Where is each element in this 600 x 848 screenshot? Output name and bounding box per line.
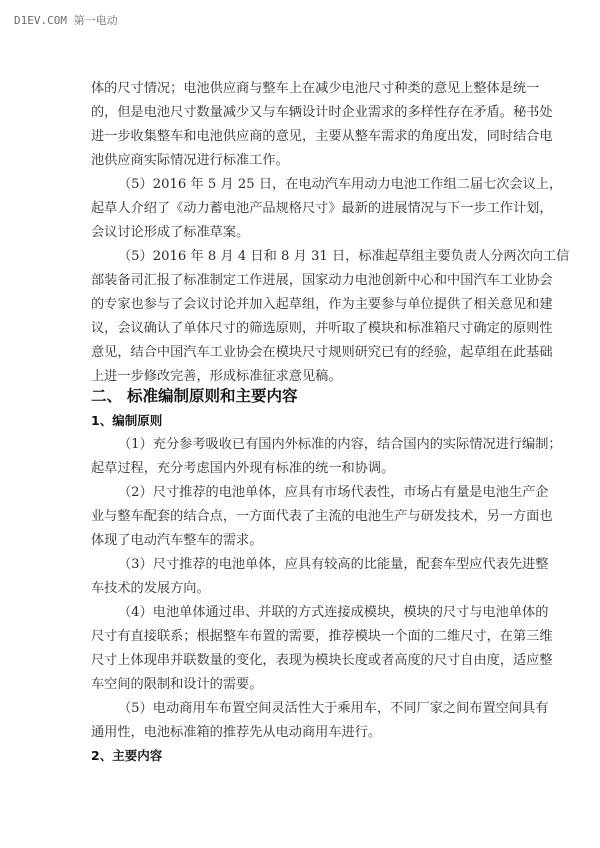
text-line: （5）2016 年 5 月 25 日，在电动汽车用动力电池工作组二届七次会议上， bbox=[91, 175, 511, 195]
text-line: （3）尺寸推荐的电池单体，应具有较高的比能量，配套车型应代表先进整 bbox=[91, 555, 511, 575]
text-line: （5）2016 年 8 月 4 日和 8 月 31 日，标准起草组主要负责人分两… bbox=[91, 247, 511, 267]
text-line: 部装备司汇报了标准制定工作进展，国家动力电池创新中心和中国汽车工业协会 bbox=[91, 271, 511, 291]
text-line: 通用性，电池标准箱的推荐先从电动商用车进行。 bbox=[91, 723, 511, 743]
text-line: 业与整车配套的结合点，一方面代表了主流的电池生产与研发技术，另一方面也 bbox=[91, 507, 511, 527]
section-number: 二、 bbox=[91, 385, 127, 407]
text-line: 起草人介绍了《动力蓄电池产品规格尺寸》最新的进展情况与下一步工作计划， bbox=[91, 199, 511, 219]
text-line: 议，会议确认了单体尺寸的筛选原则，并听取了模块和标准箱尺寸确定的原则性 bbox=[91, 319, 511, 339]
text-line: 尺寸上体现串并联数量的变化，表现为模块长度或者高度的尺寸自由度，适应整 bbox=[91, 651, 511, 671]
text-line: 起草过程，充分考虑国内外现有标准的统一和协调。 bbox=[91, 459, 511, 479]
text-line: 意见，结合中国汽车工业协会在模块尺寸规则研究已有的经验，起草组在此基础 bbox=[91, 343, 511, 363]
text-line: 的，但是电池尺寸数量减少又与车辆设计时企业需求的多样性存在矛盾。秘书处 bbox=[91, 103, 511, 123]
text-line: 尺寸有直接联系；根据整车布置的需要，推荐模块一个面的二维尺寸，在第三维 bbox=[91, 627, 511, 647]
section-heading: 二、标准编制原则和主要内容 bbox=[91, 385, 298, 407]
text-line: 池供应商实际情况进行标准工作。 bbox=[91, 151, 511, 171]
text-line: 进一步收集整车和电池供应商的意见，主要从整车需求的角度出发，同时结合电 bbox=[91, 127, 511, 147]
text-line: 的专家也参与了会议讨论并加入起草组，作为主要参与单位提供了相关意见和建 bbox=[91, 295, 511, 315]
text-line: 车空间的限制和设计的需要。 bbox=[91, 675, 511, 695]
subsection-heading-2: 2、主要内容 bbox=[91, 746, 162, 766]
text-line: （5）电动商用车布置空间灵活性大于乘用车，不同厂家之间布置空间具有 bbox=[91, 699, 511, 719]
subsection-heading-1: 1、编制原则 bbox=[91, 411, 162, 431]
text-line: 会议讨论形成了标准草案。 bbox=[91, 223, 511, 243]
text-line: 体现了电动汽车整车的需求。 bbox=[91, 531, 511, 551]
text-line: （2）尺寸推荐的电池单体，应具有市场代表性，市场占有量是电池生产企 bbox=[91, 483, 511, 503]
text-line: 体的尺寸情况；电池供应商与整车上在减少电池尺寸种类的意见上整体是统一 bbox=[91, 79, 511, 99]
text-line: （4）电池单体通过串、并联的方式连接成模块，模块的尺寸与电池单体的 bbox=[91, 603, 511, 623]
section-title: 标准编制原则和主要内容 bbox=[127, 387, 298, 405]
watermark: D1EV.COM 第一电动 bbox=[14, 12, 118, 28]
text-line: 车技术的发展方向。 bbox=[91, 579, 511, 599]
text-line: （1）充分参考吸收已有国内外标准的内容，结合国内的实际情况进行编制； bbox=[91, 435, 511, 455]
text-line: 上进一步修改完善，形成标准征求意见稿。 bbox=[91, 367, 511, 387]
